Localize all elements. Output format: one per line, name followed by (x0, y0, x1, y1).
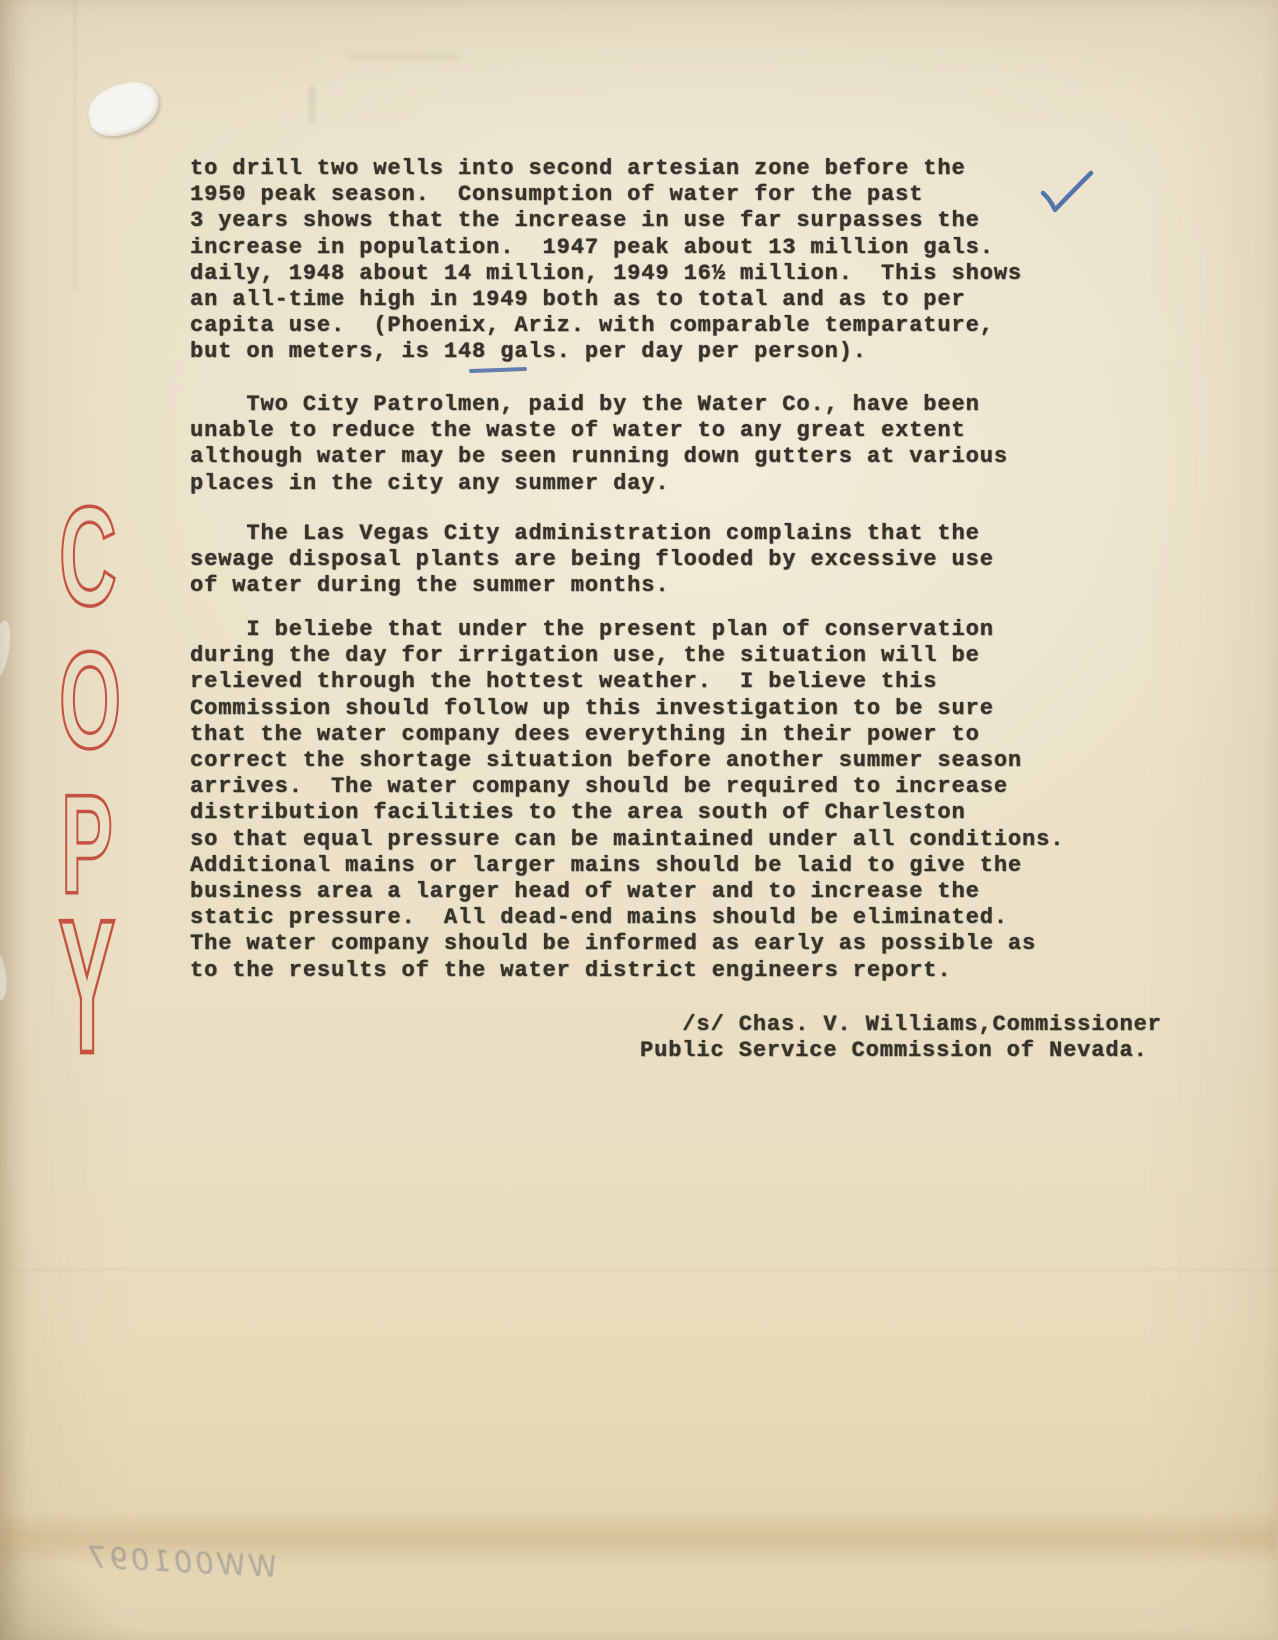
scanned-letter-page: C O P Y to drill two wells into second a… (0, 0, 1278, 1640)
paragraph-sewage: The Las Vegas City administration compla… (190, 521, 994, 600)
paragraph-consumption: to drill two wells into second artesian … (190, 156, 1022, 366)
pencil-smudge (310, 86, 314, 124)
copy-stamp-letter-c: C (59, 506, 115, 608)
vertical-crease (74, 0, 76, 290)
horizontal-crease (0, 1268, 1278, 1271)
pencil-smudge (348, 55, 460, 58)
signature-block: /s/ Chas. V. Williams,Commissioner Publi… (640, 1012, 1162, 1064)
copy-stamp-letter-y: Y (57, 919, 117, 1056)
paragraph-patrolmen: Two City Patrolmen, paid by the Water Co… (190, 392, 1008, 497)
left-edge-shadow (0, 0, 28, 1640)
blue-underline-annotation (469, 367, 527, 373)
torn-paper-notch (84, 77, 165, 141)
paragraph-recommendations: I beliebe that under the present plan of… (190, 617, 1064, 984)
copy-stamp-letter-o: O (59, 651, 115, 750)
